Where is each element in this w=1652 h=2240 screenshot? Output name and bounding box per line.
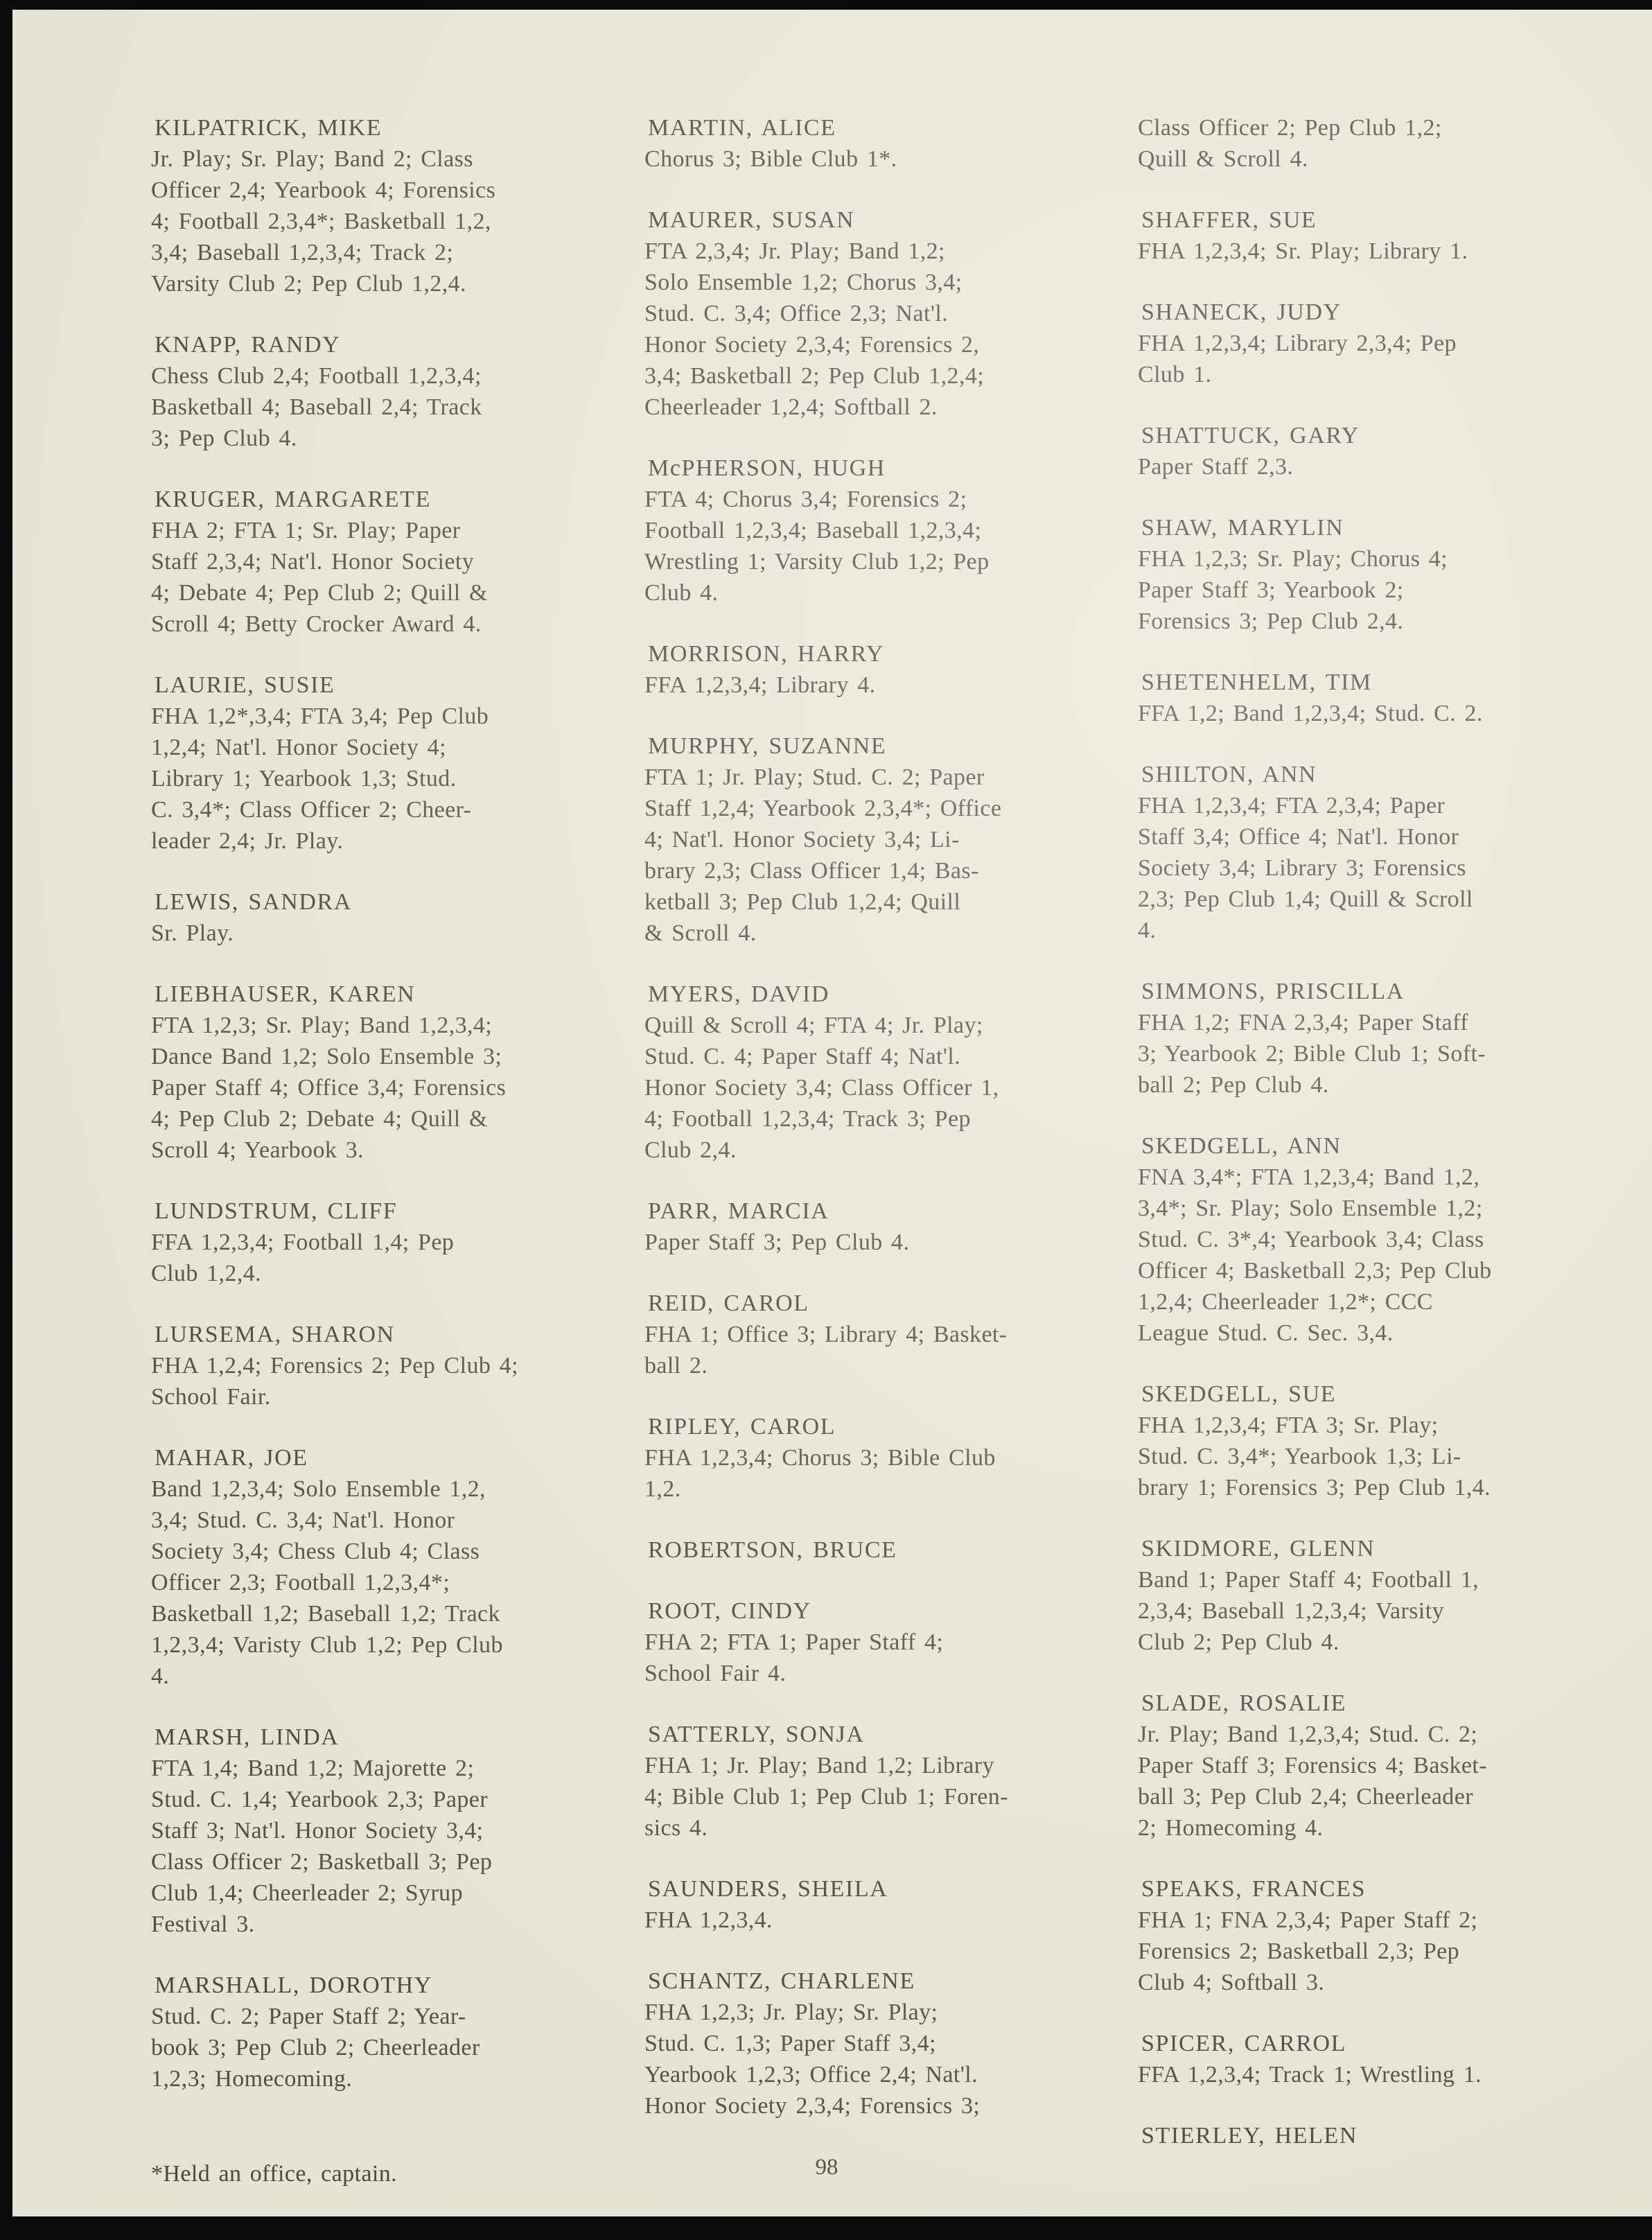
- student-entry: SHETENHELM, TIMFFA 1,2; Band 1,2,3,4; St…: [1138, 667, 1592, 729]
- student-name: SKIDMORE, GLENN: [1138, 1533, 1592, 1564]
- student-entry: SLADE, ROSALIEJr. Play; Band 1,2,3,4; St…: [1138, 1688, 1592, 1844]
- student-name: SATTERLY, SONJA: [644, 1719, 1099, 1750]
- page-number: 98: [151, 2155, 1502, 2180]
- student-activities: FHA 2; FTA 1; Paper Staff 4; School Fair…: [644, 1627, 1099, 1689]
- student-name: MORRISON, HARRY: [644, 638, 1099, 670]
- student-entry: MARTIN, ALICEChorus 3; Bible Club 1*.: [644, 112, 1099, 175]
- student-entry: MYERS, DAVIDQuill & Scroll 4; FTA 4; Jr.…: [644, 979, 1099, 1166]
- student-name: RIPLEY, CAROL: [644, 1411, 1099, 1442]
- student-activities: FHA 1,2,3; Jr. Play; Sr. Play; Stud. C. …: [644, 1997, 1099, 2121]
- student-activities: FTA 1,4; Band 1,2; Majorette 2; Stud. C.…: [151, 1753, 606, 1940]
- student-name: MAHAR, JOE: [151, 1442, 606, 1473]
- student-activities: FHA 1; Office 3; Library 4; Basket- ball…: [644, 1319, 1099, 1381]
- student-entry: SCHANTZ, CHARLENEFHA 1,2,3; Jr. Play; Sr…: [644, 1966, 1099, 2121]
- student-name: PARR, MARCIA: [644, 1196, 1099, 1227]
- student-activities: Chorus 3; Bible Club 1*.: [644, 143, 1099, 175]
- student-name: SIMMONS, PRISCILLA: [1138, 976, 1592, 1007]
- student-entry: LUNDSTRUM, CLIFFFFA 1,2,3,4; Football 1,…: [151, 1196, 606, 1289]
- student-entry: SHAW, MARYLINFHA 1,2,3; Sr. Play; Chorus…: [1138, 512, 1592, 637]
- student-entry: SPICER, CARROLFFA 1,2,3,4; Track 1; Wres…: [1138, 2028, 1592, 2090]
- student-activities: FFA 1,2,3,4; Library 4.: [644, 670, 1099, 701]
- student-entry: LAURIE, SUSIEFHA 1,2*,3,4; FTA 3,4; Pep …: [151, 670, 606, 857]
- student-entry: SIMMONS, PRISCILLAFHA 1,2; FNA 2,3,4; Pa…: [1138, 976, 1592, 1101]
- student-entry: SHATTUCK, GARYPaper Staff 2,3.: [1138, 420, 1592, 482]
- student-activities: FHA 1,2,3,4.: [644, 1905, 1099, 1936]
- student-name: ROOT, CINDY: [644, 1595, 1099, 1627]
- student-activities: FHA 1; Jr. Play; Band 1,2; Library 4; Bi…: [644, 1750, 1099, 1844]
- yearbook-page: KILPATRICK, MIKEJr. Play; Sr. Play; Band…: [12, 10, 1652, 2216]
- student-activities: Band 1; Paper Staff 4; Football 1, 2,3,4…: [1138, 1564, 1592, 1658]
- student-entry: SPEAKS, FRANCESFHA 1; FNA 2,3,4; Paper S…: [1138, 1873, 1592, 1998]
- student-name: MARSH, LINDA: [151, 1722, 606, 1753]
- column-3: Class Officer 2; Pep Club 1,2; Quill & S…: [1138, 112, 1592, 2189]
- student-entry: PARR, MARCIAPaper Staff 3; Pep Club 4.: [644, 1196, 1099, 1258]
- column-2: MARTIN, ALICEChorus 3; Bible Club 1*.MAU…: [644, 112, 1099, 2189]
- student-entry: REID, CAROLFHA 1; Office 3; Library 4; B…: [644, 1288, 1099, 1381]
- student-activities: Quill & Scroll 4; FTA 4; Jr. Play; Stud.…: [644, 1010, 1099, 1166]
- student-entry: Class Officer 2; Pep Club 1,2; Quill & S…: [1138, 112, 1592, 175]
- student-activities: Sr. Play.: [151, 918, 606, 949]
- student-activities: FHA 1,2,3,4; FTA 2,3,4; Paper Staff 3,4;…: [1138, 790, 1592, 946]
- student-entry: ROBERTSON, BRUCE: [644, 1534, 1099, 1566]
- student-activities: Stud. C. 2; Paper Staff 2; Year- book 3;…: [151, 2001, 606, 2094]
- column-1: KILPATRICK, MIKEJr. Play; Sr. Play; Band…: [151, 112, 606, 2189]
- student-entry: LIEBHAUSER, KARENFTA 1,2,3; Sr. Play; Ba…: [151, 979, 606, 1166]
- student-activities: FFA 1,2; Band 1,2,3,4; Stud. C. 2.: [1138, 698, 1592, 729]
- student-name: SPICER, CARROL: [1138, 2028, 1592, 2059]
- student-entry: KNAPP, RANDYChess Club 2,4; Football 1,2…: [151, 329, 606, 454]
- student-entry: LURSEMA, SHARONFHA 1,2,4; Forensics 2; P…: [151, 1319, 606, 1412]
- student-entry: ROOT, CINDYFHA 2; FTA 1; Paper Staff 4; …: [644, 1595, 1099, 1689]
- student-name: SCHANTZ, CHARLENE: [644, 1966, 1099, 1997]
- student-name: MARSHALL, DOROTHY: [151, 1970, 606, 2001]
- student-entry: KRUGER, MARGARETEFHA 2; FTA 1; Sr. Play;…: [151, 484, 606, 640]
- student-name: SKEDGELL, SUE: [1138, 1379, 1592, 1410]
- student-activities: FHA 1,2,3,4; Chorus 3; Bible Club 1,2.: [644, 1442, 1099, 1505]
- student-entry: SHAFFER, SUEFHA 1,2,3,4; Sr. Play; Libra…: [1138, 204, 1592, 267]
- student-name: SKEDGELL, ANN: [1138, 1130, 1592, 1162]
- student-entry: SAUNDERS, SHEILAFHA 1,2,3,4.: [644, 1873, 1099, 1936]
- student-entry: MAURER, SUSANFTA 2,3,4; Jr. Play; Band 1…: [644, 204, 1099, 423]
- student-activities: FHA 1,2,3,4; Library 2,3,4; Pep Club 1.: [1138, 328, 1592, 390]
- student-name: SAUNDERS, SHEILA: [644, 1873, 1099, 1905]
- student-name: MAURER, SUSAN: [644, 204, 1099, 236]
- student-name: SPEAKS, FRANCES: [1138, 1873, 1592, 1905]
- student-name: MYERS, DAVID: [644, 979, 1099, 1010]
- student-entry: STIERLEY, HELEN: [1138, 2120, 1592, 2151]
- student-activities: FNA 3,4*; FTA 1,2,3,4; Band 1,2, 3,4*; S…: [1138, 1162, 1592, 1349]
- student-activities: FTA 4; Chorus 3,4; Forensics 2; Football…: [644, 484, 1099, 609]
- student-name: SHANECK, JUDY: [1138, 297, 1592, 328]
- student-activities: FTA 1; Jr. Play; Stud. C. 2; Paper Staff…: [644, 762, 1099, 949]
- student-entry: SKIDMORE, GLENNBand 1; Paper Staff 4; Fo…: [1138, 1533, 1592, 1658]
- student-entry: SKEDGELL, SUEFHA 1,2,3,4; FTA 3; Sr. Pla…: [1138, 1379, 1592, 1503]
- student-name: McPHERSON, HUGH: [644, 453, 1099, 484]
- student-name: SHAW, MARYLIN: [1138, 512, 1592, 543]
- student-activities: FHA 1,2; FNA 2,3,4; Paper Staff 3; Yearb…: [1138, 1007, 1592, 1101]
- student-entry: SHILTON, ANNFHA 1,2,3,4; FTA 2,3,4; Pape…: [1138, 759, 1592, 946]
- student-activities: Jr. Play; Band 1,2,3,4; Stud. C. 2; Pape…: [1138, 1719, 1592, 1844]
- student-entry: MARSHALL, DOROTHYStud. C. 2; Paper Staff…: [151, 1970, 606, 2094]
- student-name: SHAFFER, SUE: [1138, 204, 1592, 236]
- student-entry: SHANECK, JUDYFHA 1,2,3,4; Library 2,3,4;…: [1138, 297, 1592, 390]
- student-name: MARTIN, ALICE: [644, 112, 1099, 143]
- student-name: STIERLEY, HELEN: [1138, 2120, 1592, 2151]
- student-activities: Jr. Play; Sr. Play; Band 2; Class Office…: [151, 143, 606, 299]
- student-activities: FHA 1,2,3,4; FTA 3; Sr. Play; Stud. C. 3…: [1138, 1410, 1592, 1503]
- student-name: LUNDSTRUM, CLIFF: [151, 1196, 606, 1227]
- student-name: LAURIE, SUSIE: [151, 670, 606, 701]
- student-entry: MAHAR, JOEBand 1,2,3,4; Solo Ensemble 1,…: [151, 1442, 606, 1692]
- student-name: SHETENHELM, TIM: [1138, 667, 1592, 698]
- student-name: LEWIS, SANDRA: [151, 886, 606, 918]
- student-name: SLADE, ROSALIE: [1138, 1688, 1592, 1719]
- activities-index: KILPATRICK, MIKEJr. Play; Sr. Play; Band…: [151, 112, 1592, 2189]
- student-entry: MORRISON, HARRYFFA 1,2,3,4; Library 4.: [644, 638, 1099, 701]
- student-name: LURSEMA, SHARON: [151, 1319, 606, 1350]
- student-activities: Paper Staff 3; Pep Club 4.: [644, 1227, 1099, 1258]
- student-entry: SKEDGELL, ANNFNA 3,4*; FTA 1,2,3,4; Band…: [1138, 1130, 1592, 1349]
- student-activities: Chess Club 2,4; Football 1,2,3,4; Basket…: [151, 360, 606, 454]
- student-name: ROBERTSON, BRUCE: [644, 1534, 1099, 1566]
- student-activities: FFA 1,2,3,4; Football 1,4; Pep Club 1,2,…: [151, 1227, 606, 1289]
- student-name: REID, CAROL: [644, 1288, 1099, 1319]
- student-activities: FTA 2,3,4; Jr. Play; Band 1,2; Solo Ense…: [644, 236, 1099, 423]
- student-activities: FTA 1,2,3; Sr. Play; Band 1,2,3,4; Dance…: [151, 1010, 606, 1166]
- student-activities: FHA 1,2,4; Forensics 2; Pep Club 4; Scho…: [151, 1350, 606, 1412]
- student-entry: MARSH, LINDAFTA 1,4; Band 1,2; Majorette…: [151, 1722, 606, 1940]
- student-activities: FHA 2; FTA 1; Sr. Play; Paper Staff 2,3,…: [151, 515, 606, 640]
- student-name: KRUGER, MARGARETE: [151, 484, 606, 515]
- student-activities: FHA 1,2,3,4; Sr. Play; Library 1.: [1138, 236, 1592, 267]
- student-entry: KILPATRICK, MIKEJr. Play; Sr. Play; Band…: [151, 112, 606, 299]
- student-activities: FHA 1,2,3; Sr. Play; Chorus 4; Paper Sta…: [1138, 543, 1592, 637]
- student-name: SHATTUCK, GARY: [1138, 420, 1592, 451]
- student-activities: Class Officer 2; Pep Club 1,2; Quill & S…: [1138, 112, 1592, 175]
- student-name: KNAPP, RANDY: [151, 329, 606, 360]
- student-activities: Paper Staff 2,3.: [1138, 451, 1592, 482]
- student-entry: McPHERSON, HUGHFTA 4; Chorus 3,4; Forens…: [644, 453, 1099, 609]
- student-activities: FHA 1; FNA 2,3,4; Paper Staff 2; Forensi…: [1138, 1905, 1592, 1998]
- student-activities: FHA 1,2*,3,4; FTA 3,4; Pep Club 1,2,4; N…: [151, 701, 606, 857]
- student-name: SHILTON, ANN: [1138, 759, 1592, 790]
- student-entry: LEWIS, SANDRASr. Play.: [151, 886, 606, 949]
- student-name: LIEBHAUSER, KAREN: [151, 979, 606, 1010]
- student-activities: Band 1,2,3,4; Solo Ensemble 1,2, 3,4; St…: [151, 1473, 606, 1692]
- student-name: MURPHY, SUZANNE: [644, 730, 1099, 762]
- student-entry: RIPLEY, CAROLFHA 1,2,3,4; Chorus 3; Bibl…: [644, 1411, 1099, 1505]
- student-name: KILPATRICK, MIKE: [151, 112, 606, 143]
- student-entry: MURPHY, SUZANNEFTA 1; Jr. Play; Stud. C.…: [644, 730, 1099, 949]
- student-activities: FFA 1,2,3,4; Track 1; Wrestling 1.: [1138, 2059, 1592, 2090]
- student-entry: SATTERLY, SONJAFHA 1; Jr. Play; Band 1,2…: [644, 1719, 1099, 1844]
